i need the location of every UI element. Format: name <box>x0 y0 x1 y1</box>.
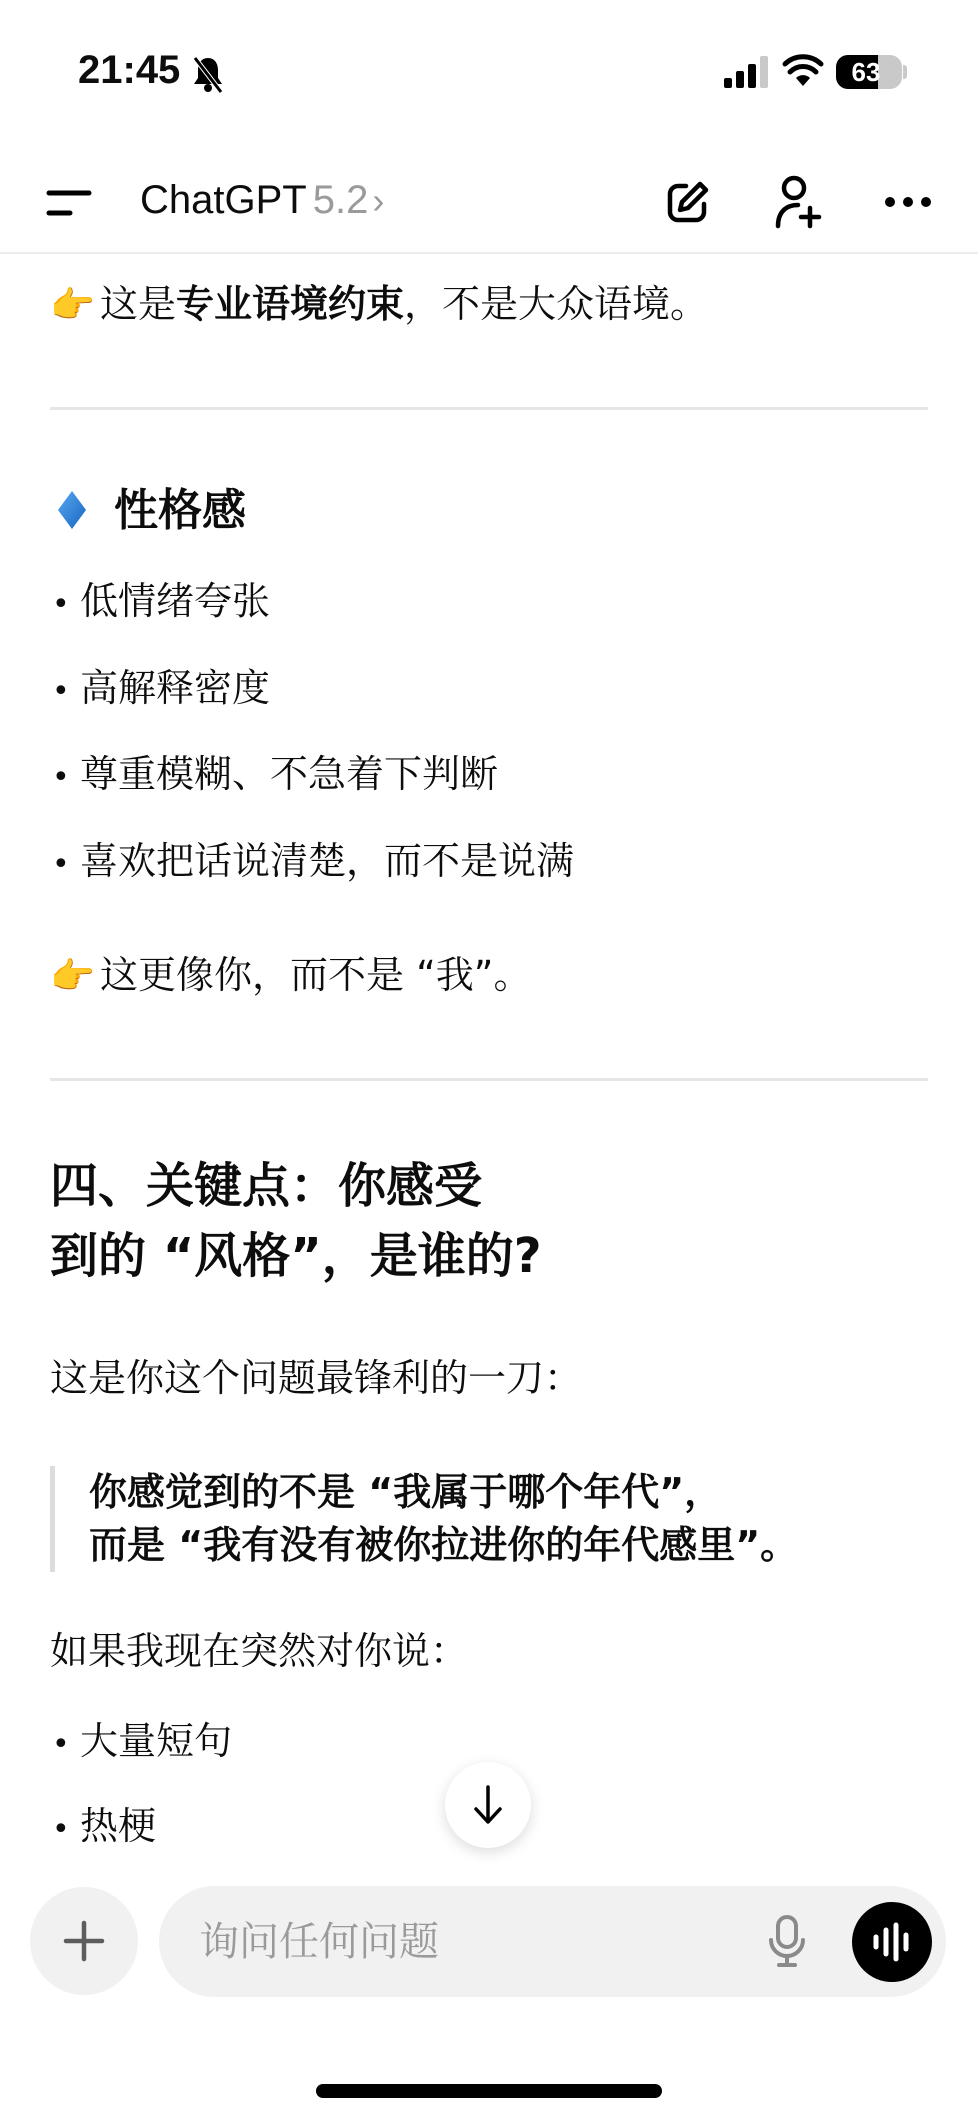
section-divider <box>50 1078 928 1081</box>
section-divider <box>50 407 928 410</box>
add-people-button[interactable] <box>768 172 828 232</box>
scroll-to-bottom-button[interactable] <box>445 1762 531 1848</box>
more-icon <box>884 196 932 208</box>
model-selector[interactable]: ChatGPT5.2› <box>140 178 384 223</box>
menu-icon[interactable] <box>46 188 92 218</box>
paragraph-context-note: 👉这是专业语境约束，不是大众语境。 <box>50 278 708 332</box>
wifi-icon <box>782 52 824 88</box>
message-composer <box>159 1886 946 1997</box>
battery-tip <box>903 65 907 79</box>
home-indicator <box>316 2084 662 2098</box>
voice-mode-icon <box>870 1922 914 1962</box>
plus-icon <box>62 1919 106 1963</box>
pointing-hand-icon: 👉 <box>50 951 100 1003</box>
list-item: •喜欢把话说清楚，而不是说满 <box>50 835 574 891</box>
blockquote: 你感觉到的不是 “我属于哪个年代”， 而是 “我有没有被你拉进你的年代感里”。 <box>50 1466 928 1572</box>
list-item: •大量短句 <box>50 1715 232 1771</box>
battery-indicator: 63 <box>836 55 902 89</box>
attach-button[interactable] <box>30 1887 138 1995</box>
list-item: •热梗 <box>50 1800 156 1856</box>
edit-icon <box>664 178 712 226</box>
paragraph-personality-note: 👉这更像你，而不是 “我”。 <box>50 949 531 1003</box>
list-item: •尊重模糊、不急着下判断 <box>50 748 498 804</box>
new-chat-button[interactable] <box>658 172 718 232</box>
chevron-right-icon: › <box>372 180 384 221</box>
message-input[interactable] <box>199 1886 719 1997</box>
bell-slash-icon <box>190 54 226 94</box>
microphone-icon <box>767 1914 807 1970</box>
blue-diamond-icon <box>58 491 86 529</box>
list-item: •高解释密度 <box>50 662 270 718</box>
status-time: 21:45 <box>78 48 180 93</box>
more-options-button[interactable] <box>878 172 938 232</box>
arrow-down-icon <box>468 1783 508 1827</box>
list-item: •低情绪夸张 <box>50 575 270 631</box>
pointing-hand-icon: 👉 <box>50 280 100 332</box>
dictation-button[interactable] <box>757 1912 817 1972</box>
paragraph-intro: 这是你这个问题最锋利的一刀： <box>50 1352 582 1404</box>
add-user-icon <box>772 174 824 230</box>
battery-percent: 63 <box>836 57 896 88</box>
model-version: 5.2 <box>313 178 369 222</box>
paragraph-followup: 如果我现在突然对你说： <box>50 1625 468 1677</box>
voice-mode-button[interactable] <box>852 1902 932 1982</box>
app-name: ChatGPT <box>140 178 307 222</box>
cellular-signal-icon <box>724 56 772 88</box>
section-heading-personality: 性格感 <box>58 481 246 541</box>
section-heading-four: 四、关键点：你感受 到的 “风格”，是谁的? <box>50 1151 542 1291</box>
